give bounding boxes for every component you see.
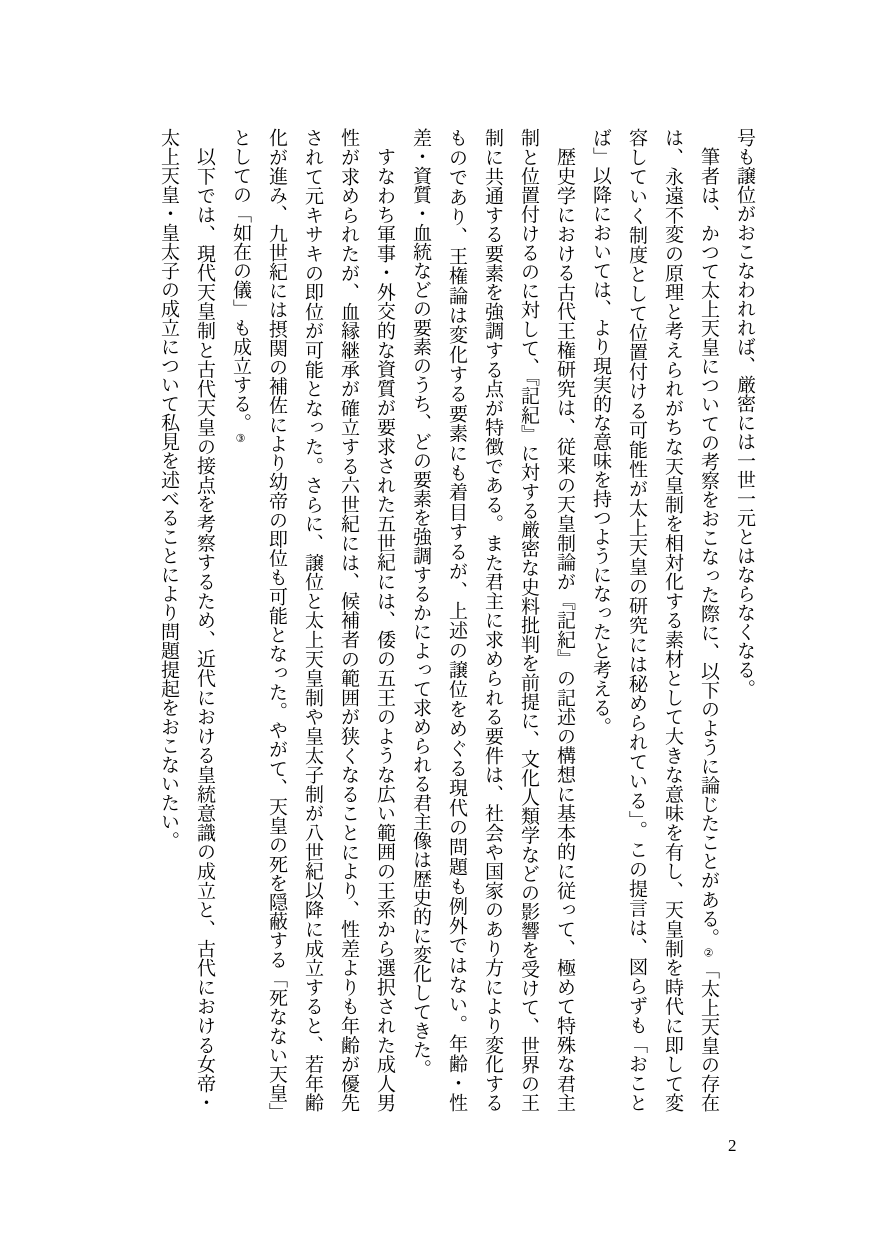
paragraph: 歴史学における古代王権研究は、従来の天皇制論が『記紀』の記述の構想に基本的に従っ… <box>402 128 582 1112</box>
body-text: 号も譲位がおこなわれれば、厳密には一世一元とはならなくなる。筆者は、かつて太上天… <box>150 128 762 1112</box>
footnote-marker: ③ <box>234 432 246 445</box>
footnote-marker: ② <box>702 947 714 960</box>
paragraph: 筆者は、かつて太上天皇についての考察をおこなった際に、以下のように論じたことがあ… <box>582 128 726 1112</box>
paragraph: 号も譲位がおこなわれれば、厳密には一世一元とはならなくなる。 <box>726 128 762 1112</box>
text-run: すなわち軍事・外交的な資質が要求された五世紀には、倭の五王のような広い範囲の王系… <box>230 128 395 1112</box>
document-page: 号も譲位がおこなわれれば、厳密には一世一元とはならなくなる。筆者は、かつて太上天… <box>0 0 875 1241</box>
text-run: 号も譲位がおこなわれれば、厳密には一世一元とはならなくなる。 <box>734 128 755 698</box>
paragraph: 以下では、現代天皇制と古代天皇の接点を考察するため、近代における皇統意識の成立と… <box>150 128 222 1112</box>
text-run: 以下では、現代天皇制と古代天皇の接点を考察するため、近代における皇統意識の成立と… <box>158 128 215 1112</box>
paragraph: すなわち軍事・外交的な資質が要求された五世紀には、倭の五王のような広い範囲の王系… <box>222 128 402 1112</box>
text-run: 歴史学における古代王権研究は、従来の天皇制論が『記紀』の記述の構想に基本的に従っ… <box>410 128 575 1112</box>
page-number: 2 <box>728 1136 737 1156</box>
text-run: 筆者は、かつて太上天皇についての考察をおこなった際に、以下のように論じたことがあ… <box>698 147 719 947</box>
